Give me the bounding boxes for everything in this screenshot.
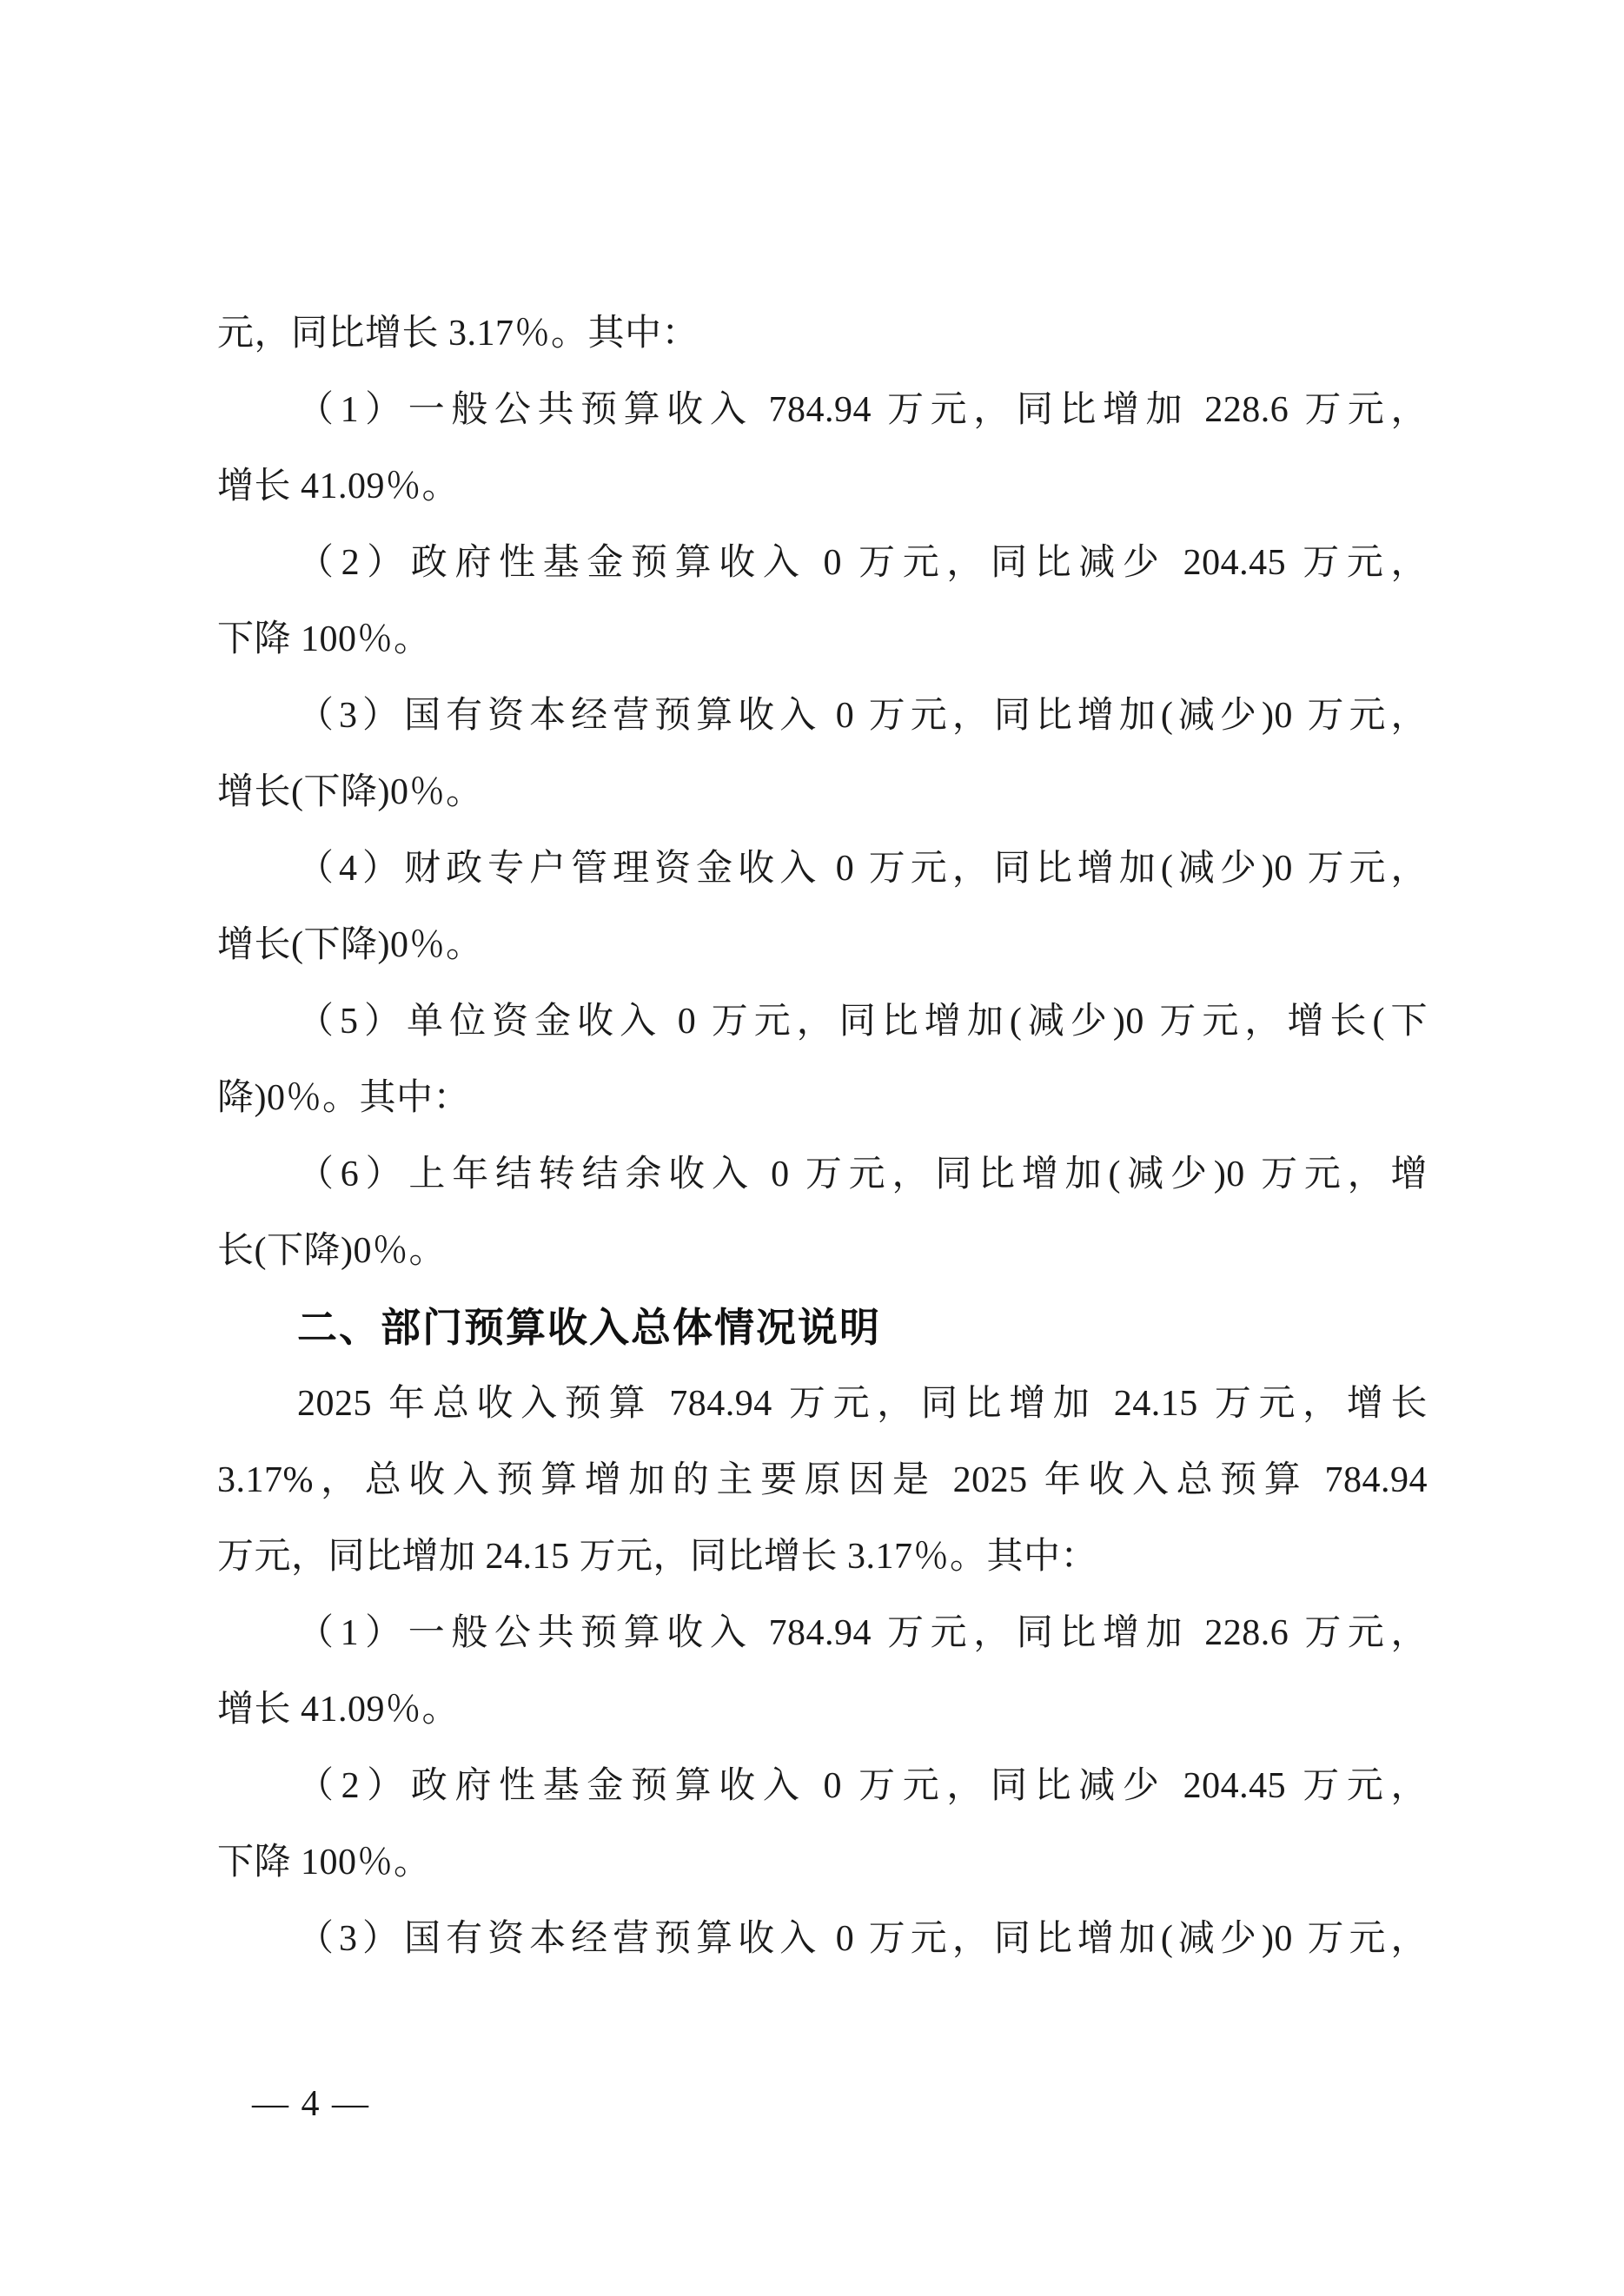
document-page: 元，同比增长 3.17％。其中：（1）一般公共预算收入 784.94 万元，同比…: [0, 0, 1624, 2296]
body-line: 增长(下降)0％。: [217, 907, 1428, 983]
body-line: 降)0％。其中：: [217, 1060, 1428, 1136]
body-line: 下降 100％。: [217, 601, 1428, 678]
body-line: （3）国有资本经营预算收入 0 万元，同比增加(减少)0 万元，: [217, 678, 1428, 754]
body-line: 增长 41.09％。: [217, 1671, 1428, 1748]
section-heading: 二、部门预算收入总体情况说明: [217, 1289, 1428, 1366]
text-block: 元，同比增长 3.17％。其中：（1）一般公共预算收入 784.94 万元，同比…: [217, 295, 1428, 1977]
body-line: （5）单位资金收入 0 万元，同比增加(减少)0 万元，增长(下: [217, 983, 1428, 1060]
body-line: （2）政府性基金预算收入 0 万元，同比减少 204.45 万元，: [217, 525, 1428, 601]
body-line: （2）政府性基金预算收入 0 万元，同比减少 204.45 万元，: [217, 1748, 1428, 1824]
body-line: 元，同比增长 3.17％。其中：: [217, 295, 1428, 372]
body-line: 长(下降)0％。: [217, 1213, 1428, 1289]
body-line: 万元，同比增加 24.15 万元，同比增长 3.17％。其中：: [217, 1519, 1428, 1595]
body-line: （3）国有资本经营预算收入 0 万元，同比增加(减少)0 万元，: [217, 1901, 1428, 1977]
body-line: （6）上年结转结余收入 0 万元，同比增加(减少)0 万元，增: [217, 1136, 1428, 1213]
body-line: 3.17%，总收入预算增加的主要原因是 2025 年收入总预算 784.94: [217, 1442, 1428, 1519]
page-number: — 4 —: [252, 2083, 370, 2125]
body-line: （4）财政专户管理资金收入 0 万元，同比增加(减少)0 万元，: [217, 830, 1428, 907]
body-line: 下降 100％。: [217, 1824, 1428, 1901]
body-line: 增长(下降)0％。: [217, 754, 1428, 830]
body-line: （1）一般公共预算收入 784.94 万元，同比增加 228.6 万元，: [217, 372, 1428, 448]
body-line: 增长 41.09％。: [217, 448, 1428, 525]
body-line: （1）一般公共预算收入 784.94 万元，同比增加 228.6 万元，: [217, 1595, 1428, 1671]
body-line: 2025 年总收入预算 784.94 万元，同比增加 24.15 万元，增长: [217, 1366, 1428, 1442]
